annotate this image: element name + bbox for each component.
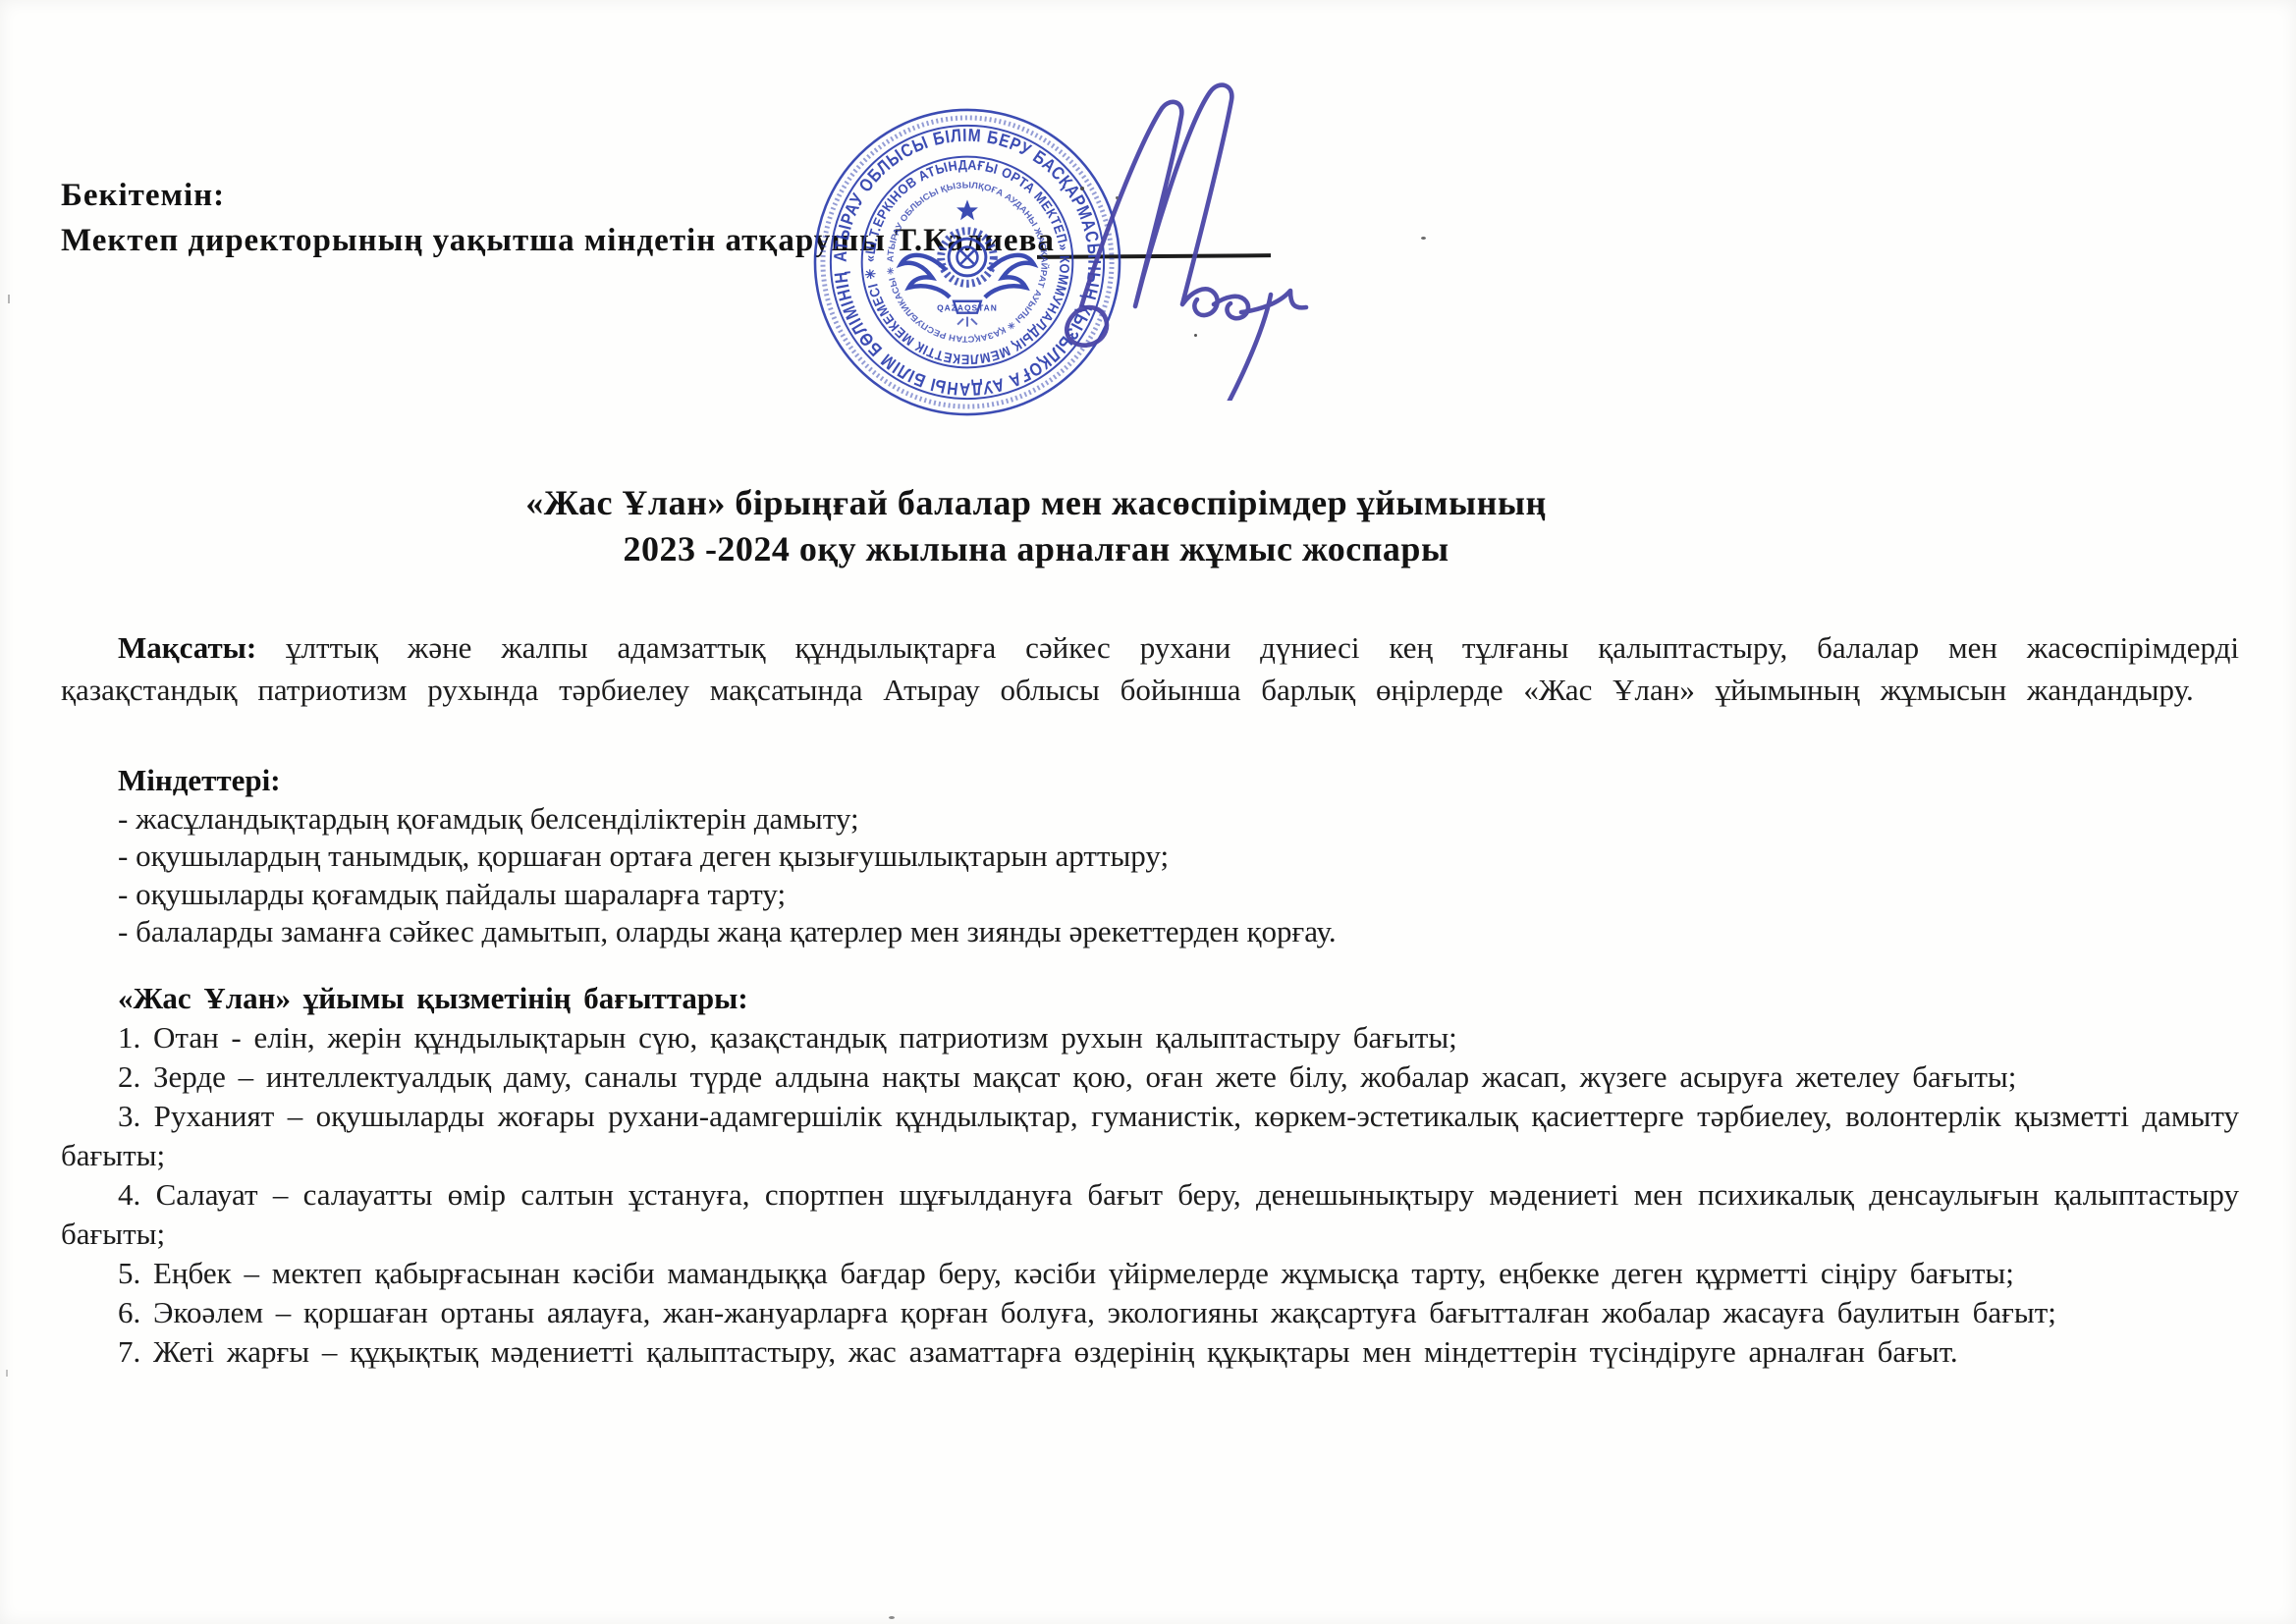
direction-item: 5. Еңбек – мектеп қабырғасынан кәсіби ма…	[61, 1254, 2239, 1293]
emblem-center-label: QAZAQSTAN	[937, 303, 998, 313]
emblem-wing-left	[901, 255, 950, 298]
emblem-star	[957, 199, 978, 220]
handwritten-signature	[1021, 67, 1316, 401]
goal-label: Мақсаты:	[118, 630, 256, 665]
scanned-document-page: Бекітемін: Мектеп директорының уақытша м…	[0, 0, 2296, 1624]
scan-speck	[1080, 187, 1084, 190]
task-item: - оқушылардың танымдық, қоршаған ортаға …	[61, 838, 2239, 876]
scan-speck	[1421, 237, 1426, 240]
direction-item: 1. Отан - елін, жерін құндылықтарын сүю,…	[61, 1018, 2239, 1057]
scan-speck	[1194, 334, 1197, 337]
scan-speck	[8, 295, 10, 303]
title-line-1: «Жас Ұлан» бірыңғай балалар мен жасөспір…	[0, 480, 2072, 526]
directions-section: «Жас Ұлан» ұйымы қызметінің бағыттары: 1…	[61, 979, 2239, 1372]
task-item: - жасұландықтардың қоғамдық белсенділікт…	[61, 800, 2239, 839]
directions-heading: «Жас Ұлан» ұйымы қызметінің бағыттары:	[61, 979, 2239, 1018]
document-title: «Жас Ұлан» бірыңғай балалар мен жасөспір…	[0, 480, 2072, 572]
emblem-tassels	[957, 317, 977, 327]
tasks-heading: Міндеттері:	[61, 762, 2239, 800]
direction-item: 7. Жеті жарғы – құқықтық мәдениетті қалы…	[61, 1332, 2239, 1372]
goal-paragraph: Мақсаты: ұлттық және жалпы адамзаттық құ…	[61, 626, 2239, 711]
scan-speck	[889, 1616, 895, 1619]
scan-speck	[1116, 196, 1119, 199]
direction-item: 6. Экоәлем – қоршаған ортаны аялауға, жа…	[61, 1293, 2239, 1332]
goal-text: ұлттық және жалпы адамзаттық құндылықтар…	[61, 630, 2239, 707]
direction-item: 3. Руханият – оқушыларды жоғары рухани-а…	[61, 1097, 2239, 1175]
title-line-2: 2023 -2024 оқу жылына арналған жұмыс жос…	[0, 526, 2072, 572]
direction-item: 2. Зерде – интеллектуалдық даму, саналы …	[61, 1057, 2239, 1097]
kazakhstan-emblem-icon: QAZAQSTAN	[901, 199, 1033, 326]
task-item: - оқушыларды қоғамдық пайдалы шараларға …	[61, 876, 2239, 914]
signature-stroke	[1021, 67, 1316, 401]
tasks-section: Міндеттері: - жасұландықтардың қоғамдық …	[61, 762, 2239, 951]
task-item: - балаларды заманға сәйкес дамытып, олар…	[61, 913, 2239, 951]
scan-speck	[6, 1370, 8, 1377]
direction-item: 4. Салауат – салауатты өмір салтын ұстан…	[61, 1175, 2239, 1254]
